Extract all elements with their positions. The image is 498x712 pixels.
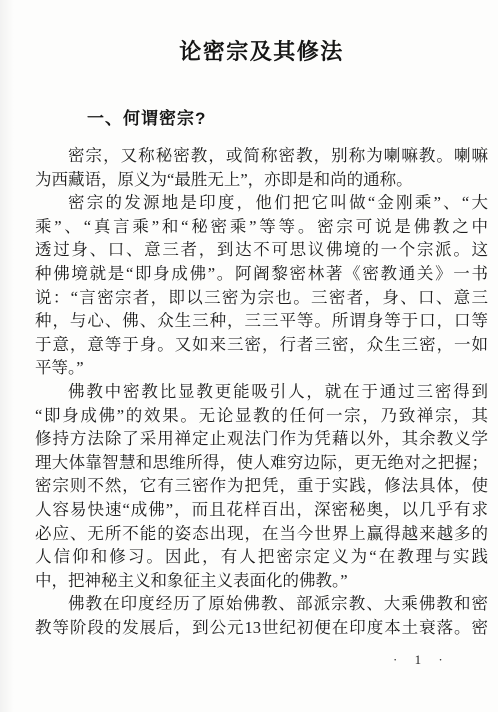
body-line: 佛教在印度经历了原始佛教、部派宗教、大乘佛教和密 [35,592,488,616]
body-text: 密宗，又称秘密教，或简称密教，别称为喇嘛教。喇嘛为西藏语，原义为“最胜无上”，亦… [35,144,488,639]
body-line: 透过身、口、意三者，到达不可思议佛境的一个宗派。这 [35,238,488,262]
body-line: 种，与心、佛、众生三种，三三平等。所谓身等于口，口等 [35,309,488,333]
body-line: 理大体靠智慧和思维所得，使人难穷边际，更无绝对之把握； [35,451,488,475]
page-number: · 1 · [393,651,450,669]
body-line: 修持方法除了采用禅定止观法门作为凭藉以外，其余教义学 [35,427,488,451]
body-line: 佛教中密教比显教更能吸引人，就在于通过三密得到 [35,380,488,404]
body-line: 密宗，又称秘密教，或简称密教，别称为喇嘛教。喇嘛 [35,144,488,168]
page-title: 论密宗及其修法 [35,38,488,66]
body-line: 人容易快速“成佛”，而且花样百出，深密秘奥，以几乎有求 [35,498,488,522]
body-line: 必应、无所不能的姿态出现，在当今世界上赢得越来越多的 [35,522,488,546]
body-line: 中，把神秘主义和象征主义表面化的佛教。” [35,569,488,593]
body-line: 于意，意等于身。又如来三密，行者三密，众生三密，一如 [35,333,488,357]
body-line: 种佛境就是“即身成佛”。阿阇黎密林著《密教通关》一书 [35,262,488,286]
body-line: 平等。” [35,356,488,380]
body-line: 密宗的发源地是印度，他们把它叫做“金刚乘”、“大 [35,191,488,215]
body-line: 人信仰和修习。因此，有人把密宗定义为“在教理与实践 [35,545,488,569]
body-line: 乘”、“真言乘”和“秘密乘”等等。密宗可说是佛教之中 [35,215,488,239]
document-page: 论密宗及其修法 一、何谓密宗? 密宗，又称秘密教，或简称密教，别称为喇嘛教。喇嘛… [0,0,498,712]
body-line: 教等阶段的发展后，到公元13世纪初便在印度本土衰落。密 [35,616,488,640]
body-line: 说：“言密宗者，即以三密为宗也。三密者，身、口、意三 [35,286,488,310]
body-line: 为西藏语，原义为“最胜无上”，亦即是和尚的通称。 [35,168,488,192]
body-line: “即身成佛”的效果。无论显教的任何一宗，乃致禅宗，其 [35,404,488,428]
body-line: 密宗则不然，它有三密作为把凭，重于实践，修法具体，使 [35,474,488,498]
section-heading: 一、何谓密宗? [87,107,206,131]
